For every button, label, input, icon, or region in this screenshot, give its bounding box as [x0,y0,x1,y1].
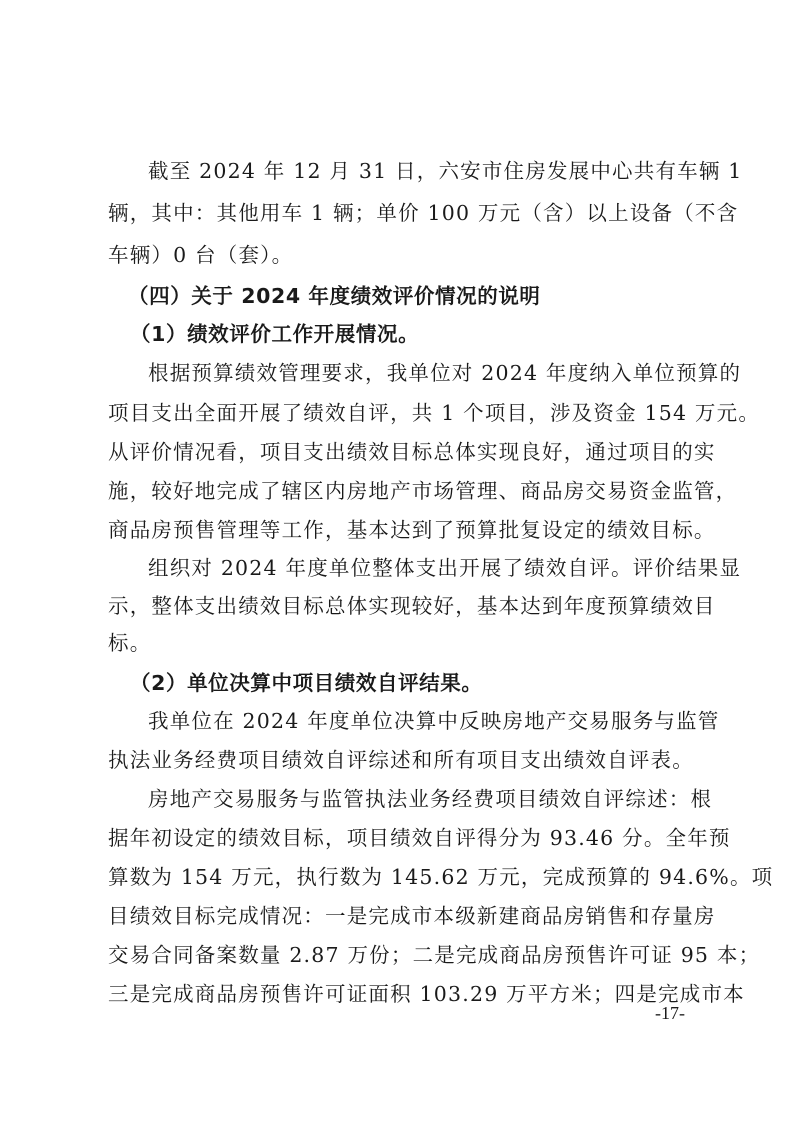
subsection-2-heading: （2）单位决算中项目绩效自评结果。 [130,664,714,702]
paragraph-overall-eval-line: 标。 [108,624,692,662]
paragraph-vehicles-line: 辆，其中：其他用车 1 辆；单价 100 万元（含）以上设备（不含 [108,194,692,232]
section-heading: （四）关于 2024 年度绩效评价情况的说明 [128,277,712,315]
paragraph-summary-line: 算数为 154 万元，执行数为 145.62 万元，完成预算的 94.6%。项 [108,858,692,896]
paragraph-summary-line: 据年初设定的绩效目标，项目绩效自评得分为 93.46 分。全年预 [108,819,692,857]
paragraph-project-eval-line: 商品房预售管理等工作，基本达到了预算批复设定的绩效目标。 [108,511,692,549]
paragraph-project-eval-line: 从评价情况看，项目支出绩效目标总体实现良好，通过项目的实 [108,433,692,471]
paragraph-summary-line: 三是完成商品房预售许可证面积 103.29 万平方米；四是完成市本 [108,975,692,1013]
paragraph-reflect-line: 我单位在 2024 年度单位决算中反映房地产交易服务与监管 [148,702,692,740]
paragraph-summary-line: 目绩效目标完成情况：一是完成市本级新建商品房销售和存量房 [108,897,692,935]
paragraph-summary-line: 房地产交易服务与监管执法业务经费项目绩效自评综述：根 [148,780,692,818]
document-page: 截至 2024 年 12 月 31 日，六安市住房发展中心共有车辆 1 辆，其中… [0,0,793,1122]
paragraph-vehicles-line: 截至 2024 年 12 月 31 日，六安市住房发展中心共有车辆 1 [148,152,692,190]
paragraph-project-eval-line: 施，较好地完成了辖区内房地产市场管理、商品房交易资金监管， [108,472,692,510]
paragraph-project-eval-line: 项目支出全面开展了绩效自评，共 1 个项目，涉及资金 154 万元。 [108,394,692,432]
page-number: -17- [655,1003,685,1024]
paragraph-reflect-line: 执法业务经费项目绩效自评综述和所有项目支出绩效自评表。 [108,741,692,779]
paragraph-vehicles-line: 车辆）0 台（套）。 [108,236,692,274]
paragraph-overall-eval-line: 示，整体支出绩效目标总体实现较好，基本达到年度预算绩效目 [108,587,692,625]
paragraph-project-eval-line: 根据预算绩效管理要求，我单位对 2024 年度纳入单位预算的 [148,354,692,392]
paragraph-overall-eval-line: 组织对 2024 年度单位整体支出开展了绩效自评。评价结果显 [148,549,692,587]
subsection-1-heading: （1）绩效评价工作开展情况。 [130,315,714,353]
paragraph-summary-line: 交易合同备案数量 2.87 万份；二是完成商品房预售许可证 95 本； [108,936,692,974]
